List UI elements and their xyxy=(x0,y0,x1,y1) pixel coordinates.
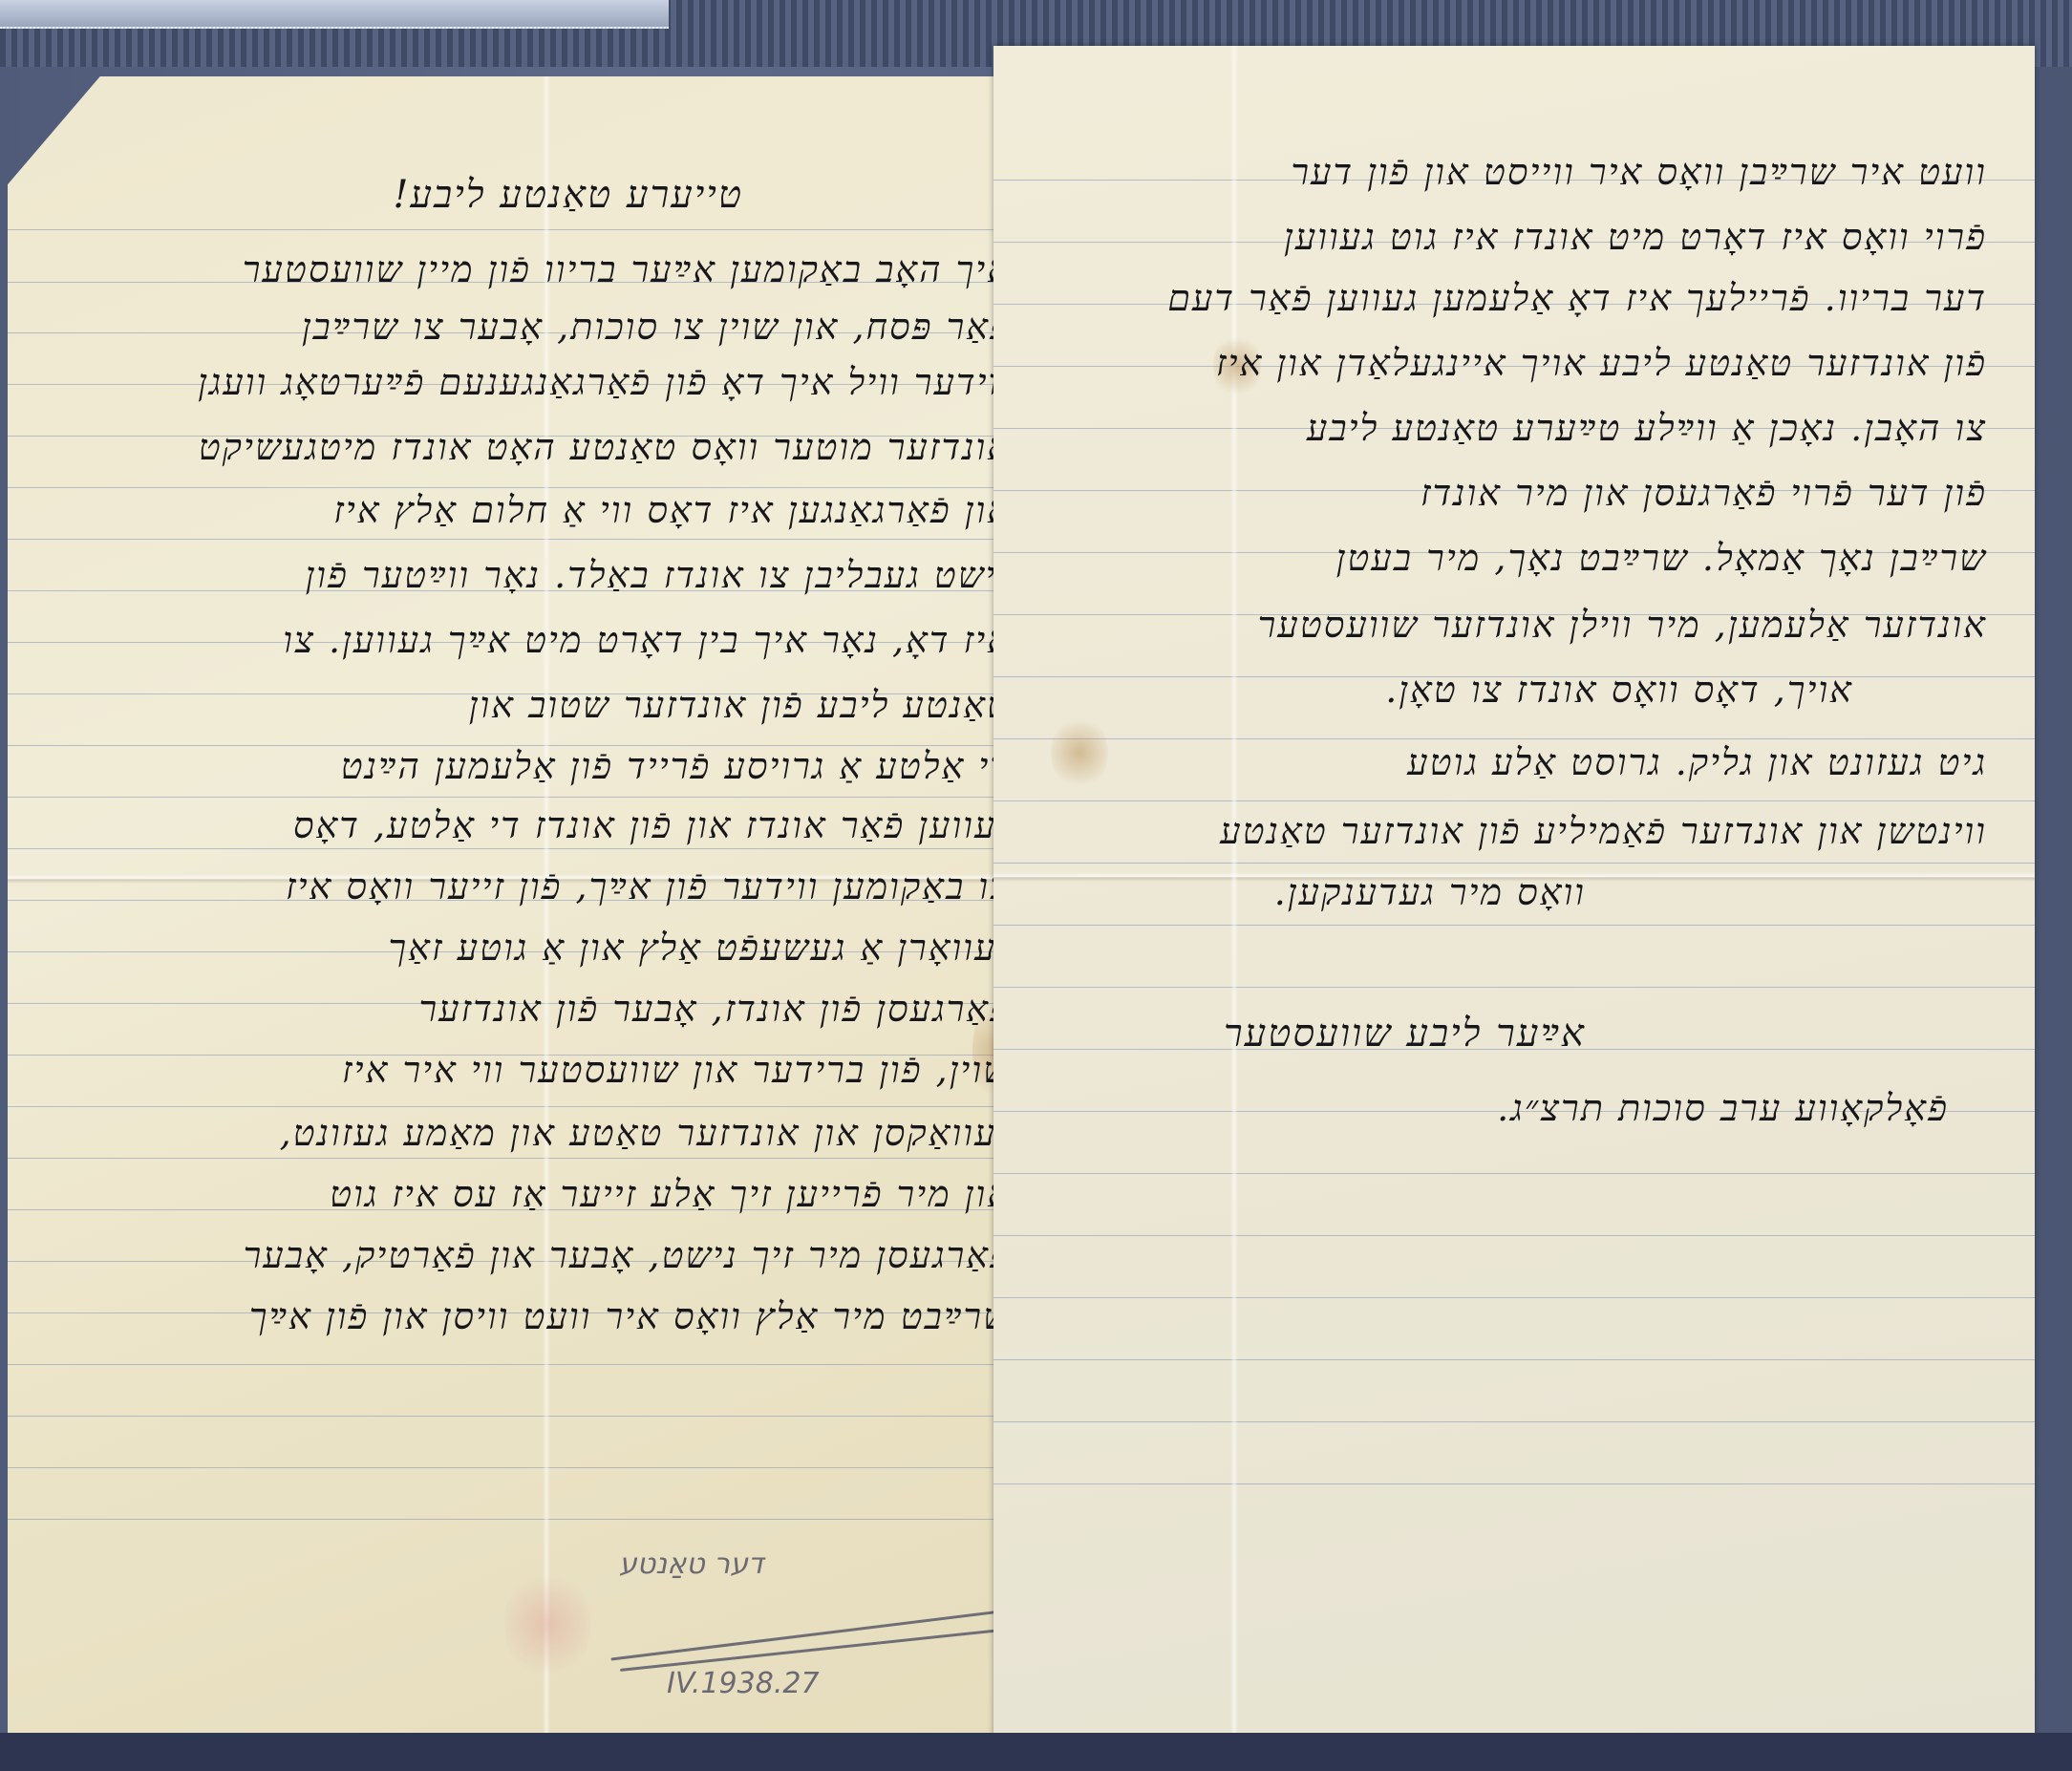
left-page-text: טייערע טאַנטע ליבע! איך האָב באַקומען אײ… xyxy=(27,76,1011,1739)
text-line: אונדזער מוטער וואָס טאַנטע האָט אונדז מי… xyxy=(199,426,1011,469)
display-case-shadow xyxy=(0,1733,2072,1771)
text-line: דער בריוו. פֿריילעך איז דאָ אַלעמען געוו… xyxy=(1167,277,1987,320)
text-line: וואָס מיר געדענקען. xyxy=(1274,871,1586,914)
text-line: געוואַקסן און אונדזער טאַטע און מאַמע גע… xyxy=(280,1112,1011,1155)
pencil-date: 27.IV.1938 xyxy=(667,1667,820,1700)
text-line: צו באַקומען ווידער פֿון אײַך, פֿון זייער… xyxy=(286,865,1011,908)
letter-page-right: וועט איר שרײַבן וואָס איר ווייסט און פֿו… xyxy=(993,46,2035,1737)
text-line: פֿון דער פֿרוי פֿאַרגעסן און מיר אונדז xyxy=(1420,472,1987,515)
text-line: איך האָב באַקומען אײַער בריוו פֿון מיין … xyxy=(243,248,1011,291)
text-line: פֿאַר פּסח, און שוין צו סוכות, אָבער צו … xyxy=(302,306,1011,349)
text-line: און מיר פֿרייען זיך אַלע זייער אַז עס אי… xyxy=(330,1173,1011,1216)
text-line: פֿרוי וואָס איז דאָרט מיט אונדז איז גוט … xyxy=(1284,216,1987,259)
letter-page-left: טייערע טאַנטע ליבע! איך האָב באַקומען אײ… xyxy=(8,76,1035,1739)
text-line: שוין, פֿון ברידער און שוועסטער ווי איר א… xyxy=(342,1049,1011,1092)
text-line: אונדזער אַלעמען, מיר ווילן אונדזער שוועס… xyxy=(1258,604,1987,647)
text-line: די אַלטע אַ גרויסע פֿרייד פֿון אַלעמען ה… xyxy=(341,745,1011,788)
greeting: טייערע טאַנטע ליבע! xyxy=(393,172,743,217)
text-line: נישט געבליבן צו אונדז באַלד. נאָר ווײַטע… xyxy=(306,554,1011,597)
pencil-note: דער טאַנטע xyxy=(619,1547,763,1581)
text-line: וועט איר שרײַבן וואָס איר ווייסט און פֿו… xyxy=(1291,151,1987,194)
text-line: פֿאַרגעסן פֿון אונדז, אָבער פֿון אונדזער xyxy=(419,988,1011,1031)
text-line: געוואָרן אַ געשעפֿט אַלץ און אַ גוטע זאַ… xyxy=(388,927,1011,970)
text-line: און פֿאַרגאַנגען איז דאָס ווי אַ חלום אַ… xyxy=(333,489,1011,532)
text-line: ווידער וויל איך דאָ פֿון פֿאַרגאַנגענעם … xyxy=(198,361,1011,404)
text-line: אויך, דאָס וואָס אונדז צו טאָן. xyxy=(1385,669,1853,712)
text-line: פֿאַרגעסן מיר זיך נישט, אָבער און פֿאַרט… xyxy=(244,1234,1011,1277)
text-line: איז דאָ, נאָר איך בין דאָרט מיט אײַך געו… xyxy=(283,619,1011,662)
text-line: טאַנטע ליבע פֿון אונדזער שטוב און xyxy=(469,684,1011,727)
text-line: פֿון אונדזער טאַנטע ליבע אויך איינגעלאַד… xyxy=(1216,342,1987,385)
right-page-text: וועט איר שרײַבן וואָס איר ווייסט און פֿו… xyxy=(1032,46,1987,1737)
text-line: צו האָבן. נאָכן אַ ווײַלע טײַערע טאַנטע … xyxy=(1307,407,1987,450)
text-line: שרײַבט מיר אַלץ וואָס איר וועט וויסן און… xyxy=(249,1295,1011,1338)
text-line: ווינטשן און אונדזער פֿאַמיליע פֿון אונדז… xyxy=(1220,810,1987,853)
plastic-sleeve-binding xyxy=(0,0,669,29)
closing-signature: אײַער ליבע שוועסטער xyxy=(1224,1011,1586,1056)
text-line: געווען פֿאַר אונדז און פֿון אונדז די אַל… xyxy=(293,804,1011,847)
place-date: פֿאָלקאָווע ערב סוכות תרצ״ג. xyxy=(1497,1087,1949,1130)
text-line: שרײַבן נאָך אַמאָל. שרײַבט נאָך, מיר בעט… xyxy=(1336,537,1987,580)
text-line: גיט געזונט און גליק. גרוסט אַלע גוטע xyxy=(1407,741,1987,784)
